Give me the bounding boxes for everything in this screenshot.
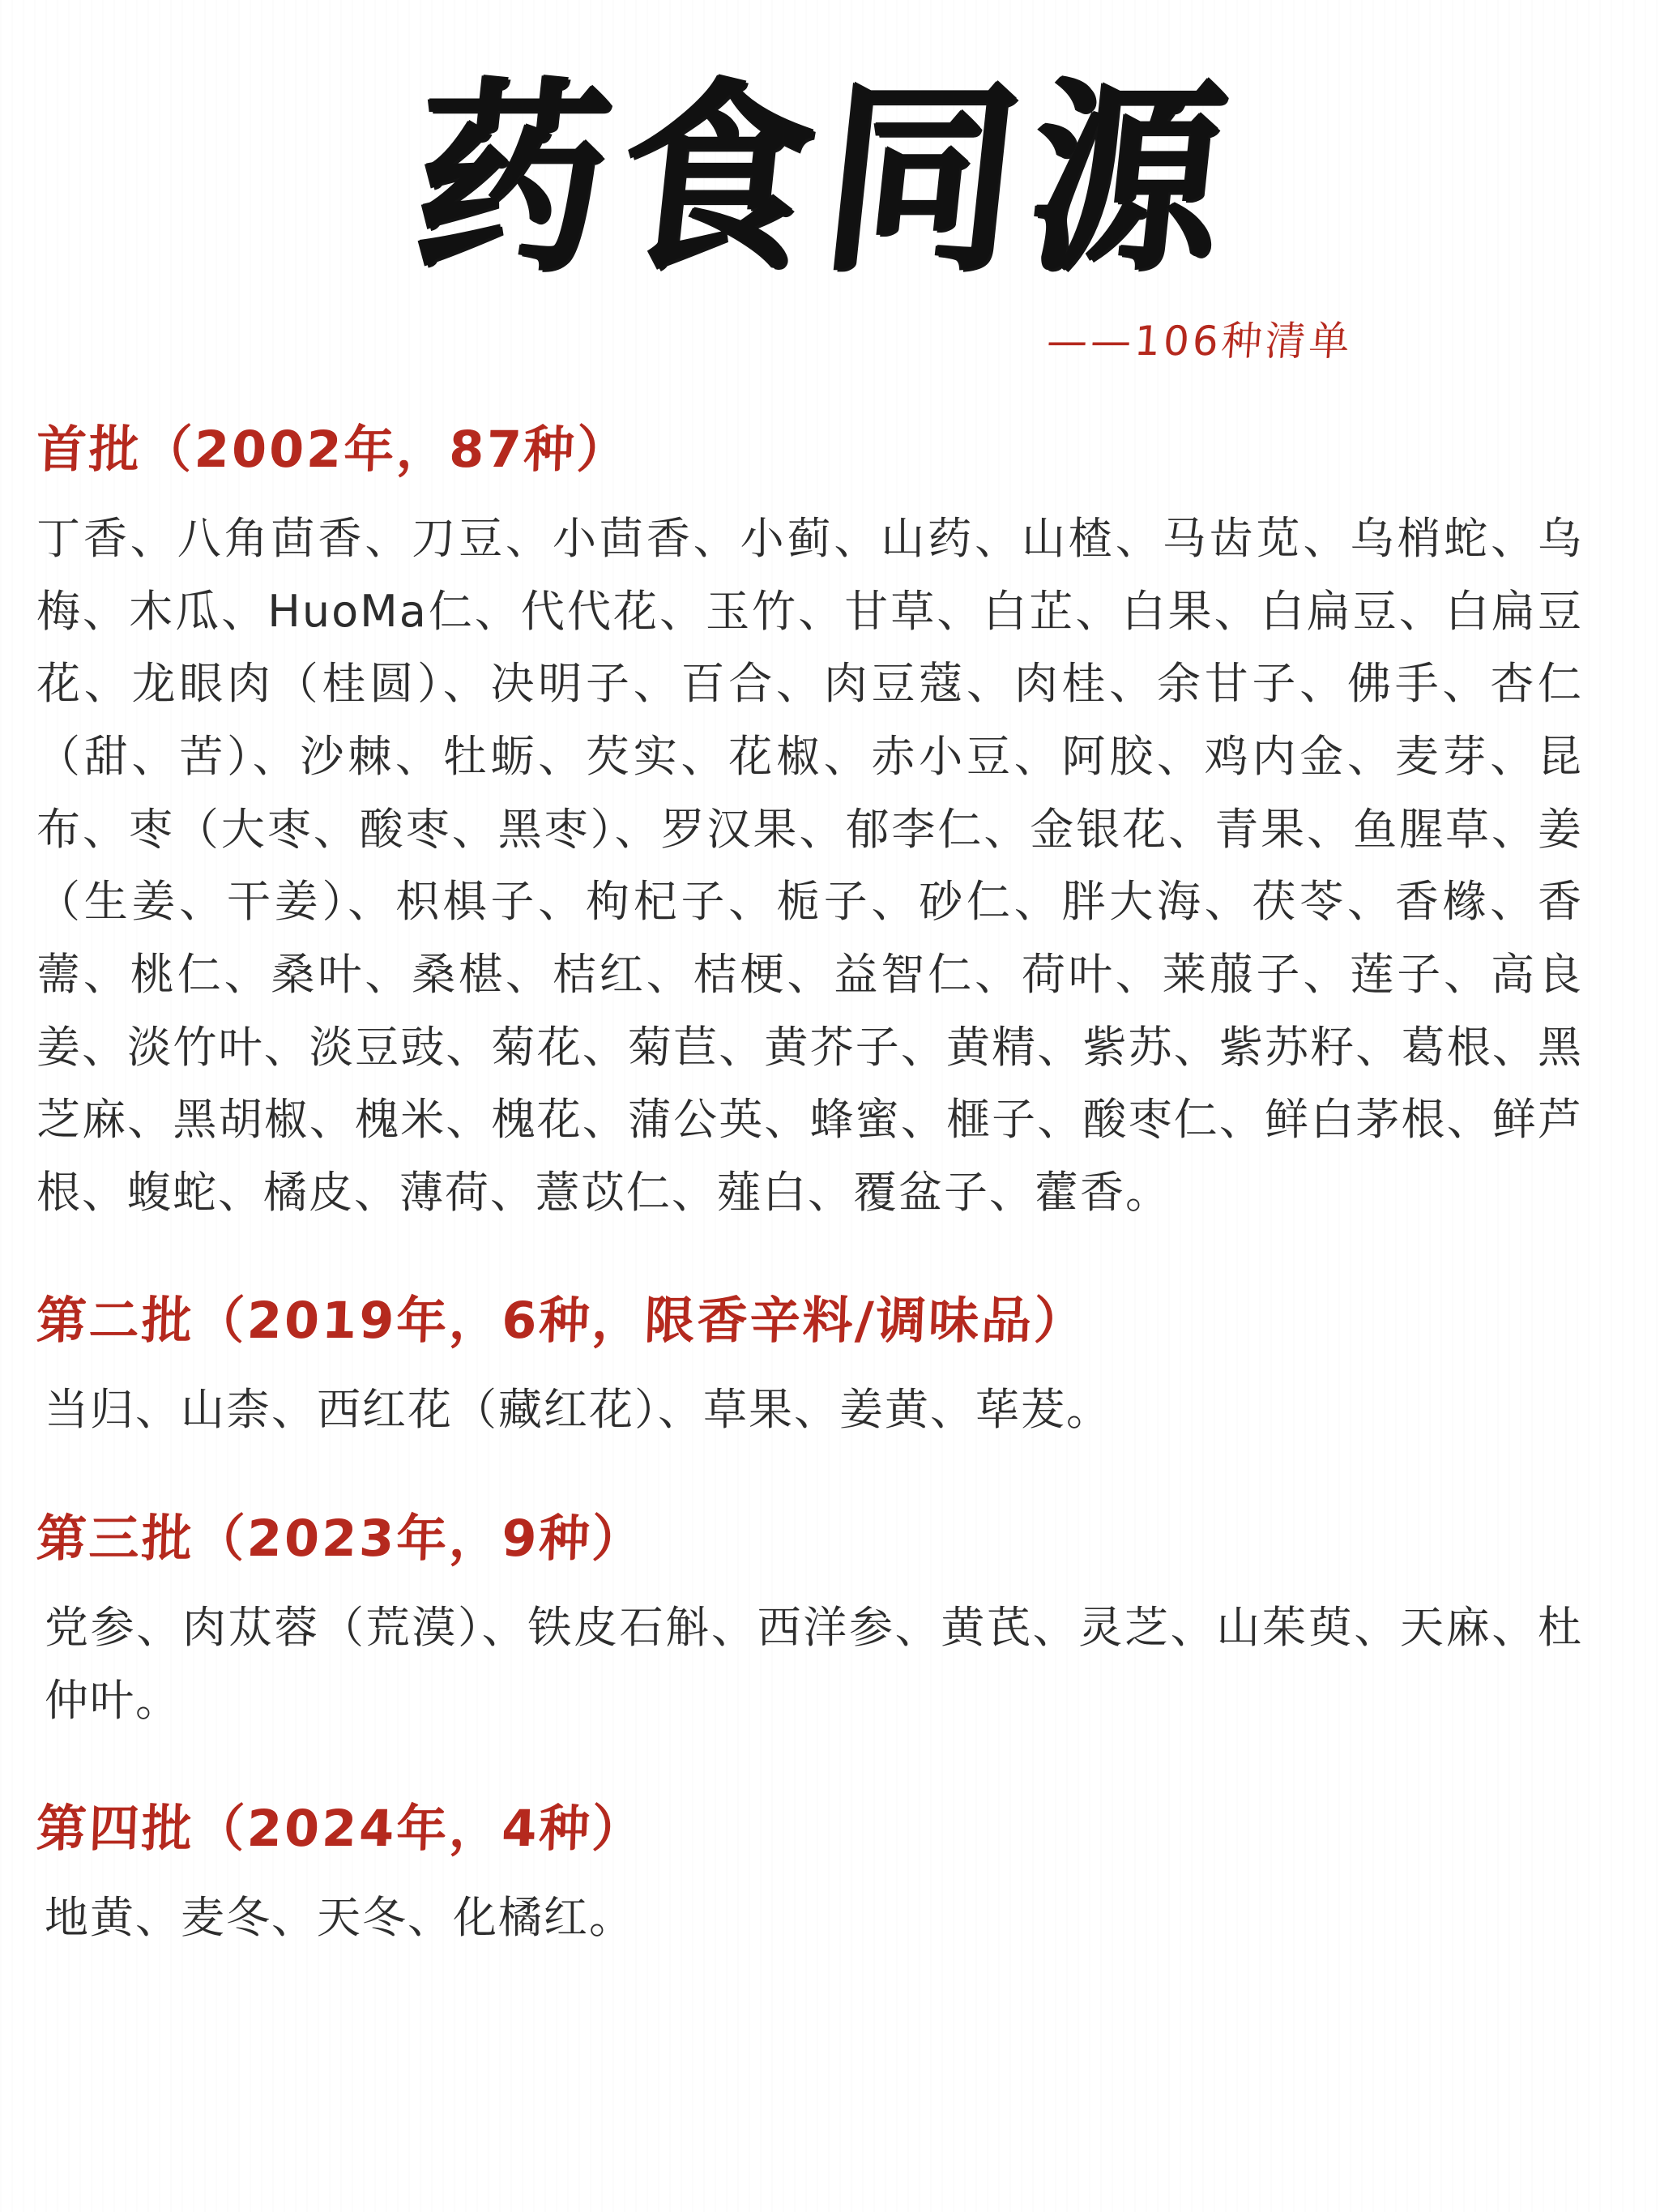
page-subtitle: ——106种清单: [354, 309, 1355, 367]
section-batch-4: 第四批（2024年，4种） 地黄、麦冬、天冬、化橘红。: [36, 1788, 1615, 1954]
section-batch-3-list: 党参、肉苁蓉（荒漠）、铁皮石斛、西洋参、黄芪、灵芝、山茱萸、天麻、杜仲叶。: [36, 1591, 1615, 1736]
section-batch-3-header: 第三批（2023年，9种）: [35, 1498, 1616, 1570]
section-batch-2: 第二批（2019年，6种，限香辛料/调味品） 当归、山柰、西红花（藏红花）、草果…: [36, 1280, 1615, 1446]
section-batch-2-list: 当归、山柰、西红花（藏红花）、草果、姜黄、荜茇。: [36, 1373, 1615, 1446]
document-page: 药食同源 ——106种清单 首批（2002年，87种） 丁香、八角茴香、刀豆、小…: [0, 0, 1660, 2212]
section-batch-1: 首批（2002年，87种） 丁香、八角茴香、刀豆、小茴香、小蓟、山药、山楂、马齿…: [36, 409, 1615, 1228]
section-batch-1-list: 丁香、八角茴香、刀豆、小茴香、小蓟、山药、山楂、马齿苋、乌梢蛇、乌梅、木瓜、Hu…: [36, 502, 1615, 1228]
section-batch-2-header: 第二批（2019年，6种，限香辛料/调味品）: [35, 1280, 1616, 1352]
section-batch-1-header: 首批（2002年，87种）: [35, 409, 1616, 481]
section-batch-4-list: 地黄、麦冬、天冬、化橘红。: [36, 1881, 1615, 1954]
section-batch-3: 第三批（2023年，9种） 党参、肉苁蓉（荒漠）、铁皮石斛、西洋参、黄芪、灵芝、…: [36, 1498, 1615, 1736]
page-title: 药食同源: [344, 64, 1308, 294]
section-batch-4-header: 第四批（2024年，4种）: [35, 1788, 1616, 1860]
title-block: 药食同源 ——106种清单: [356, 73, 1296, 367]
